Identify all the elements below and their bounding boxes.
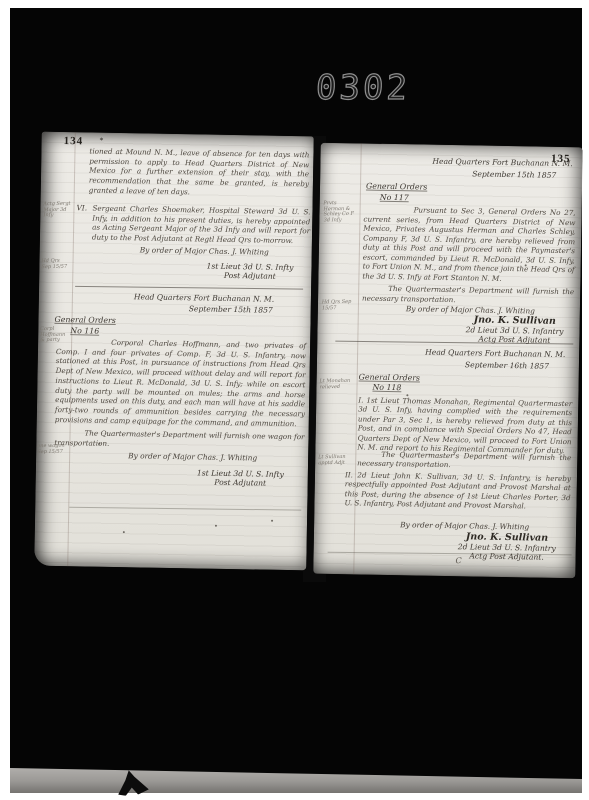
signature-block: Jno. K. Sullivan 2d Lieut 3d U. S. Infan… (458, 531, 556, 562)
order-header-place: Head Quarters Fort Buchanan N. M. (425, 348, 565, 359)
by-order-line: By order of Major Chas. J. Whiting (128, 451, 257, 462)
order-number: No 118 (372, 383, 401, 393)
order-header-place: Head Quarters Fort Buchanan N. M. (432, 157, 572, 168)
dust-speck (215, 525, 217, 527)
signature-title: Post Adjutant (206, 271, 293, 282)
signature-block: Jno. K. Sullivan 2d Lieut 3d U. S. Infan… (465, 314, 563, 345)
section-vi-text: Sergeant Charles Shoemaker, Hospital Ste… (92, 204, 311, 247)
margin-note: Hd Qrs Sep 15/57 (41, 259, 70, 271)
signature-title: Post Adjutant (197, 477, 284, 488)
quartermaster-line: The Quartermaster's Department will furn… (357, 449, 571, 472)
signature-block: 1st Lieut 3d U. S. Infty Post Adjutant (206, 262, 293, 282)
separator-rule (75, 286, 303, 290)
right-page: 135 Head Quarters Fort Buchanan N. M. Se… (313, 143, 582, 579)
margin-note: Corpl Hoffmann & party (40, 327, 69, 344)
order-header-place: Head Quarters Fort Buchanan N. M. (134, 292, 274, 303)
order-continuation-text: tioned at Mound N. M., leave of absence … (89, 146, 310, 198)
order-number: No 116 (70, 326, 99, 336)
dust-speck (271, 520, 273, 522)
page-number: 134 (64, 135, 84, 147)
quartermaster-line: The Quartermaster's Department will furn… (362, 283, 574, 306)
order-header-date: September 15th 1857 (472, 169, 556, 179)
order-number: No 117 (380, 193, 409, 203)
by-order-line: By order of Major Chas. J. Whiting (400, 520, 529, 531)
dust-speck (525, 264, 527, 266)
margin-note: Lt Sullivan apptd Adjt (318, 455, 352, 467)
order-body-text: Pursuant to Sec 3, General Orders No 27,… (362, 205, 575, 285)
margin-note: Hd Qrs Sep 15/57 (322, 300, 356, 312)
dust-speck (123, 531, 125, 533)
section-vi-label: VI. (76, 203, 87, 212)
margin-note: Actg Sergt Major 3d Infy (43, 202, 72, 219)
order-body-text: I. 1st Lieut Thomas Monahan, Regimental … (357, 395, 572, 455)
footer-mark: C (455, 556, 461, 565)
by-order-line: By order of Major Chas. J. Whiting (140, 245, 269, 256)
order-body-text: Corporal Charles Hoffmann, and two priva… (55, 337, 306, 429)
order-label: General Orders (359, 372, 420, 382)
order-label: General Orders (54, 315, 115, 325)
separator-rule (69, 507, 301, 511)
margin-note: Lt Monahan relieved (319, 379, 353, 391)
dust-speck (98, 443, 100, 445)
quartermaster-line: The Quartermaster's Department will furn… (54, 428, 304, 452)
order-body-text: II. 2d Lieut John K. Sullivan, 3d U. S. … (344, 470, 571, 512)
dust-speck (406, 394, 408, 396)
asterisk-mark: * (100, 137, 104, 145)
order-label: General Orders (366, 182, 427, 192)
margin-note: one wagon Sep 15/57 (37, 444, 66, 456)
microfilm-scan: 0302 134 * tioned at Mound N. M., leave … (0, 0, 589, 800)
left-page: 134 * tioned at Mound N. M., leave of ab… (34, 132, 314, 571)
margin-note: Prvts Herman & Schley Co F 3d Infy (323, 201, 357, 224)
signature-block: 1st Lieut 3d U. S. Infty Post Adjutant (197, 468, 284, 488)
order-header-date: September 16th 1857 (465, 360, 549, 370)
order-header-date: September 15th 1857 (189, 304, 273, 314)
frame-counter: 0302 (315, 68, 411, 108)
